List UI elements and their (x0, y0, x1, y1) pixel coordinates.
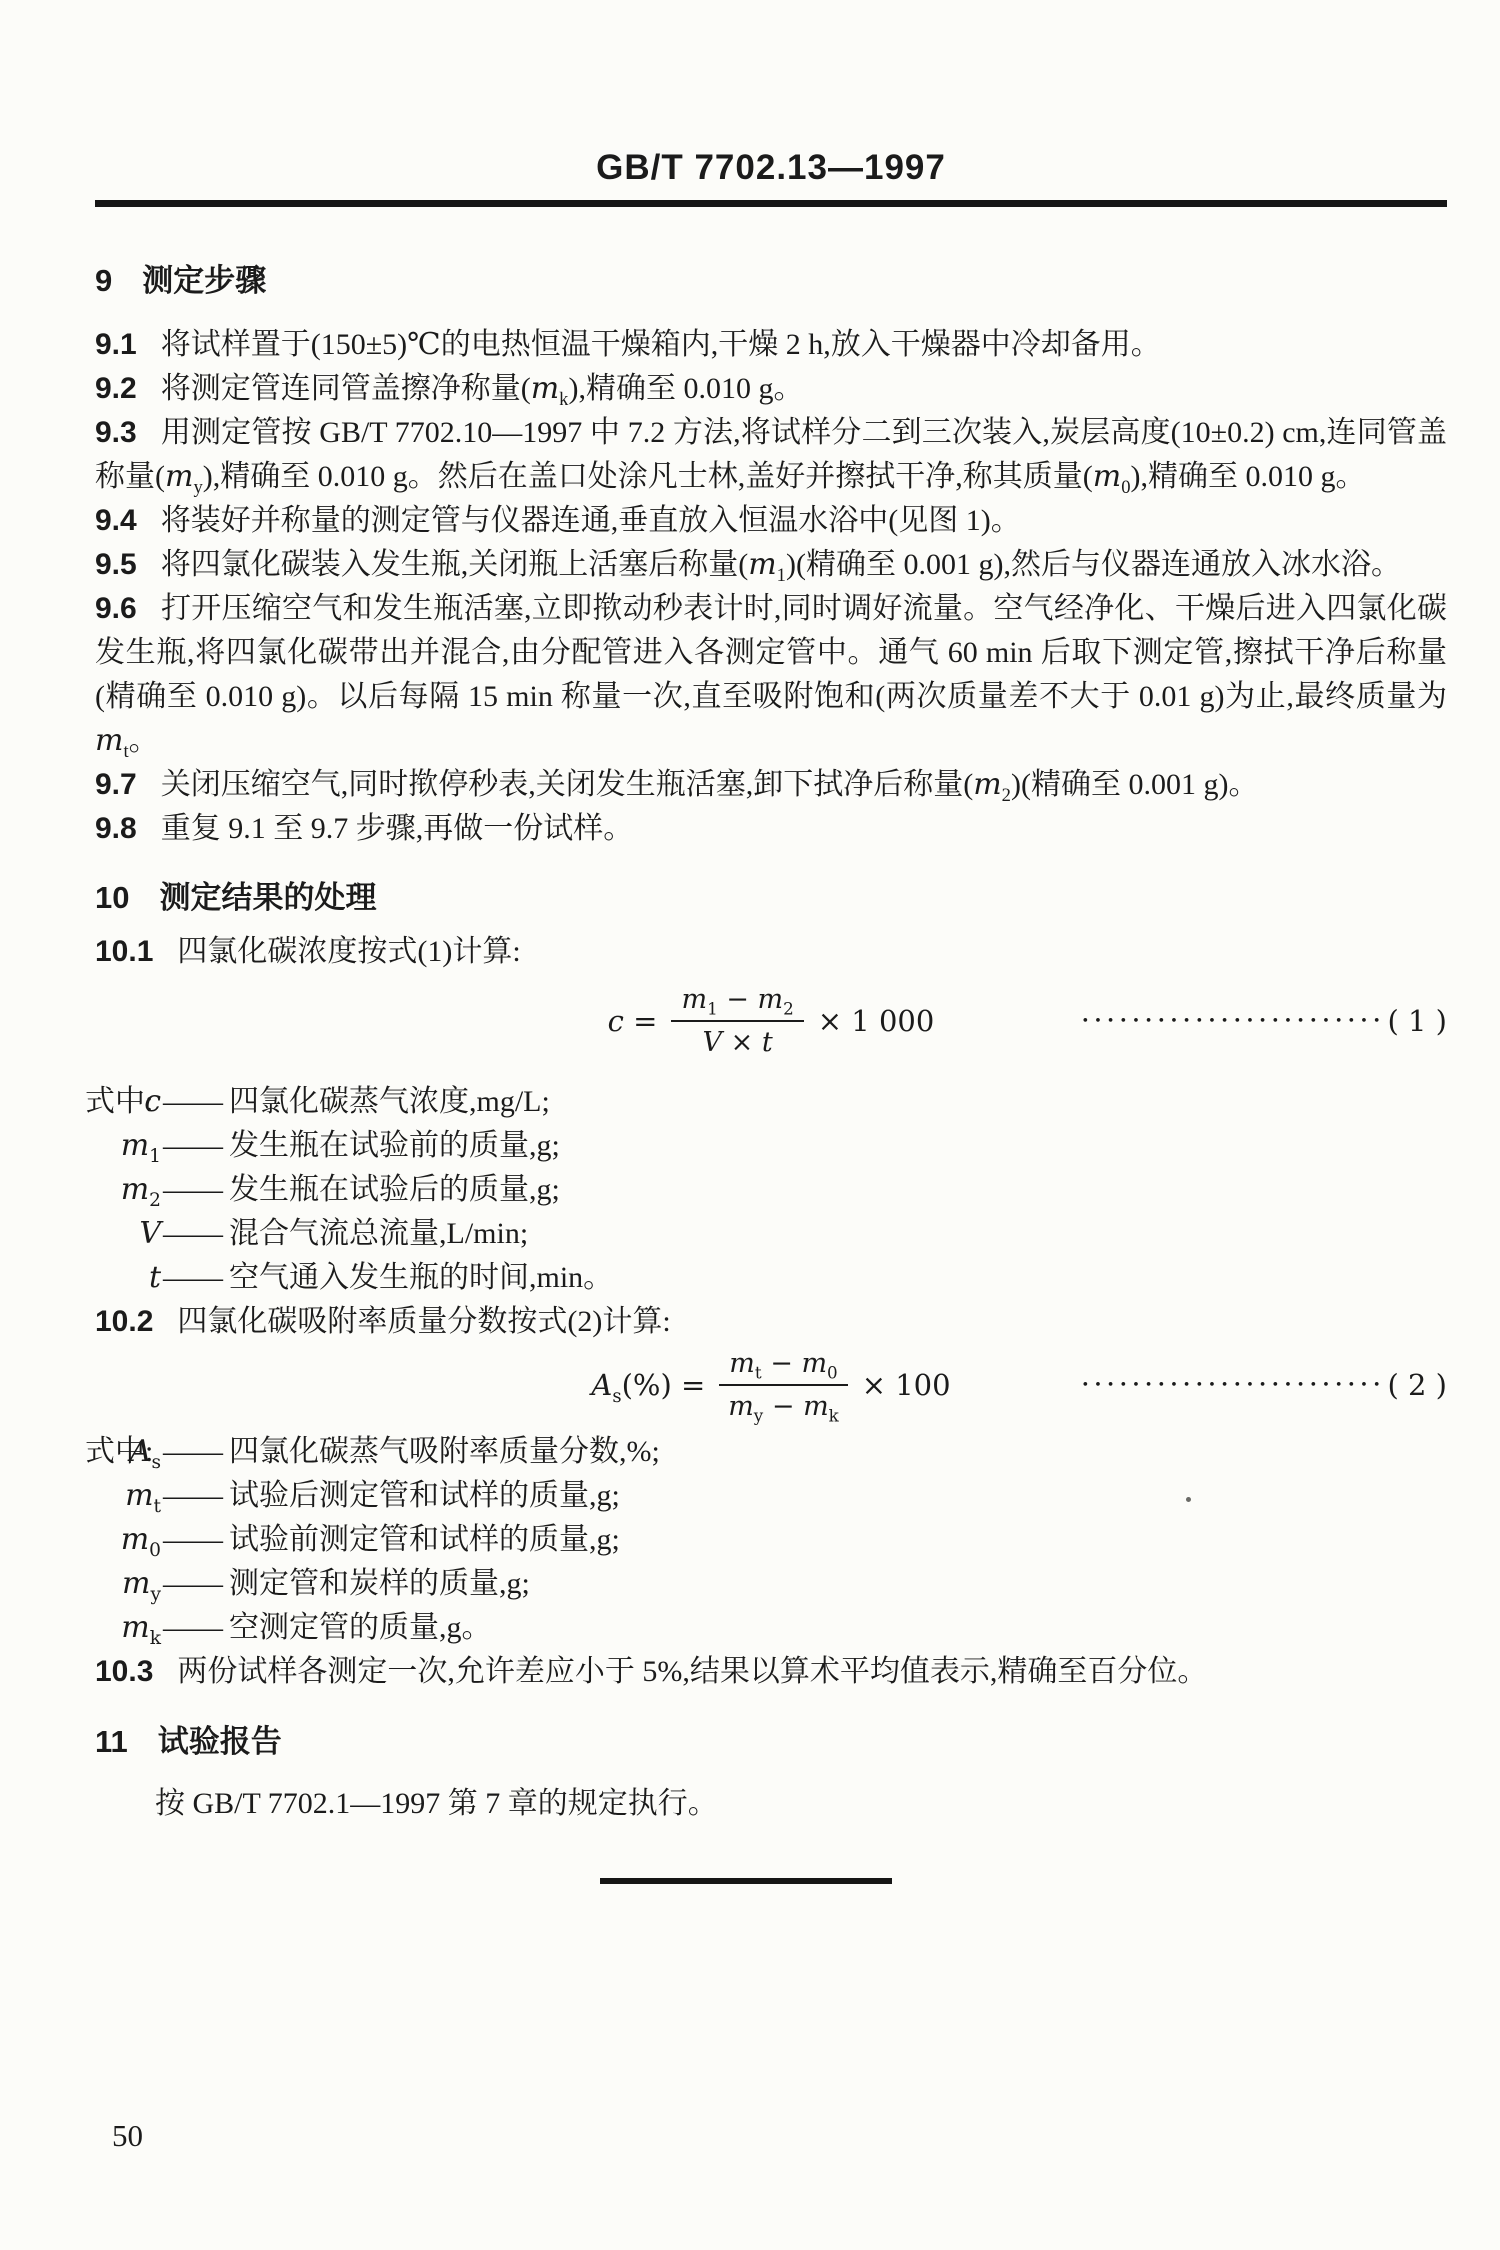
section-title: 测定步骤 (142, 263, 266, 298)
definition-dash: —— (163, 1606, 223, 1650)
clause-text: 用测定管按 GB/T 7702.10—1997 中 7.2 方法,将试样分二到三… (95, 416, 1447, 493)
symbol: mk (95, 1606, 161, 1650)
symbol: V (95, 1212, 161, 1256)
definition-row: m1 —— 发生瓶在试验前的质量,g; (95, 1124, 1447, 1168)
fraction: mt − m0 my − mk (719, 1348, 847, 1422)
where-list-1: 式中: c —— 四氯化碳蒸气浓度,mg/L; m1 —— 发生瓶在试验前的质量… (95, 1080, 1447, 1300)
definition-text: 发生瓶在试验前的质量,g; (229, 1124, 560, 1168)
clause-text: 关闭压缩空气,同时揿停秒表,关闭发生瓶活塞,卸下拭净后称量(m2)(精确至 0.… (161, 768, 1259, 801)
definition-dash: —— (163, 1212, 223, 1256)
section-11-body: 按 GB/T 7702.1—1997 第 7 章的规定执行。 (95, 1782, 1447, 1826)
definition-row: V —— 混合气流总流量,L/min; (95, 1212, 1447, 1256)
scan-speck (1186, 1497, 1191, 1502)
end-of-text-rule (600, 1878, 892, 1884)
section-title: 测定结果的处理 (159, 880, 376, 915)
fraction-numerator: mt − m0 (719, 1348, 847, 1386)
dot-leader: •••••••••••••••••••••••• (1081, 1014, 1385, 1029)
clause-number: 10.1 (95, 935, 153, 968)
definition-text: 发生瓶在试验后的质量,g; (229, 1168, 560, 1212)
clause-9-8: 9.8重复 9.1 至 9.7 步骤,再做一份试样。 (95, 807, 1447, 851)
symbol: m2 (95, 1168, 161, 1212)
equation-2: As(%) = mt − m0 my − mk × 100 ••••••••••… (95, 1348, 1447, 1422)
clause-text: 四氯化碳吸附率质量分数按式(2)计算: (177, 1305, 670, 1338)
equation-1: c = m1 − m2 V × t × 1 000 ••••••••••••••… (95, 984, 1447, 1058)
symbol: t (95, 1256, 161, 1300)
clause-9-7: 9.7关闭压缩空气,同时揿停秒表,关闭发生瓶活塞,卸下拭净后称量(m2)(精确至… (95, 763, 1447, 807)
section-number: 11 (95, 1724, 128, 1759)
symbol: mt (95, 1474, 161, 1518)
standard-code-header: GB/T 7702.13—1997 (95, 148, 1447, 188)
where-prefix: 式中: (85, 1080, 153, 1124)
clause-number: 9.5 (95, 548, 137, 581)
equation-multiplier: × 100 (862, 1368, 951, 1402)
equation-multiplier: × 1 000 (818, 1004, 935, 1038)
clause-number: 9.1 (95, 328, 137, 361)
clause-10-1: 10.1四氯化碳浓度按式(1)计算: (95, 930, 1447, 974)
definition-text: 空测定管的质量,g。 (229, 1606, 492, 1650)
definition-dash: —— (163, 1518, 223, 1562)
symbol: m0 (95, 1518, 161, 1562)
definition-text: 四氯化碳蒸气浓度,mg/L; (229, 1080, 550, 1124)
where-list-2: 式中: As —— 四氯化碳蒸气吸附率质量分数,%; mt —— 试验后测定管和… (95, 1430, 1447, 1650)
clause-9-3: 9.3用测定管按 GB/T 7702.10—1997 中 7.2 方法,将试样分… (95, 411, 1447, 499)
fraction-denominator: V × t (703, 1022, 773, 1058)
section-9-heading: 9测定步骤 (95, 259, 1447, 303)
clause-10-3: 10.3两份试样各测定一次,允许差应小于 5%,结果以算术平均值表示,精确至百分… (95, 1650, 1447, 1694)
clause-text: 打开压缩空气和发生瓶活塞,立即揿动秒表计时,同时调好流量。空气经净化、干燥后进入… (95, 592, 1447, 757)
definition-row: m0 —— 试验前测定管和试样的质量,g; (95, 1518, 1447, 1562)
fraction: m1 − m2 V × t (671, 984, 803, 1058)
definition-dash: —— (163, 1474, 223, 1518)
equation-reference: •••••••••••••••••••••••• ( 1 ) (1081, 1004, 1447, 1038)
clause-10-2: 10.2四氯化碳吸附率质量分数按式(2)计算: (95, 1300, 1447, 1344)
clause-number: 10.3 (95, 1655, 153, 1688)
clause-9-6: 9.6打开压缩空气和发生瓶活塞,立即揿动秒表计时,同时调好流量。空气经净化、干燥… (95, 587, 1447, 763)
definition-text: 混合气流总流量,L/min; (229, 1212, 528, 1256)
header-rule (95, 200, 1447, 207)
fraction-denominator: my − mk (728, 1386, 839, 1422)
clause-number: 9.7 (95, 768, 137, 801)
definition-dash: —— (163, 1430, 223, 1474)
clause-text: 两份试样各测定一次,允许差应小于 5%,结果以算术平均值表示,精确至百分位。 (177, 1655, 1207, 1688)
definition-row: mt —— 试验后测定管和试样的质量,g; (95, 1474, 1447, 1518)
clause-number: 9.2 (95, 372, 137, 405)
clause-number: 9.4 (95, 504, 137, 537)
equation-label: ( 1 ) (1387, 1004, 1447, 1038)
definition-row: mk —— 空测定管的质量,g。 (95, 1606, 1447, 1650)
definition-text: 空气通入发生瓶的时间,min。 (229, 1256, 613, 1300)
page-number: 50 (112, 2118, 143, 2154)
clause-9-2: 9.2将测定管连同管盖擦净称量(mk),精确至 0.010 g。 (95, 367, 1447, 411)
page-content: GB/T 7702.13—1997 9测定步骤 9.1将试样置于(150±5)℃… (95, 0, 1447, 1884)
clause-9-5: 9.5将四氯化碳装入发生瓶,关闭瓶上活塞后称量(m1)(精确至 0.001 g)… (95, 543, 1447, 587)
definition-row: my —— 测定管和炭样的质量,g; (95, 1562, 1447, 1606)
section-number: 10 (95, 880, 129, 915)
clause-9-1: 9.1将试样置于(150±5)℃的电热恒温干燥箱内,干燥 2 h,放入干燥器中冷… (95, 323, 1447, 367)
definition-dash: —— (163, 1124, 223, 1168)
symbol: m1 (95, 1124, 161, 1168)
clause-text: 重复 9.1 至 9.7 步骤,再做一份试样。 (161, 812, 634, 845)
clause-text: 将装好并称量的测定管与仪器连通,垂直放入恒温水浴中(见图 1)。 (161, 504, 1021, 537)
equation-label: ( 2 ) (1387, 1368, 1447, 1402)
definition-dash: —— (163, 1256, 223, 1300)
clause-number: 9.8 (95, 812, 137, 845)
equation-lhs: As(%) = (591, 1368, 705, 1402)
clause-9-4: 9.4将装好并称量的测定管与仪器连通,垂直放入恒温水浴中(见图 1)。 (95, 499, 1447, 543)
clause-number: 10.2 (95, 1305, 153, 1338)
definition-text: 试验前测定管和试样的质量,g; (229, 1518, 620, 1562)
fraction-numerator: m1 − m2 (671, 984, 803, 1022)
definition-dash: —— (163, 1168, 223, 1212)
section-number: 9 (95, 263, 112, 298)
definition-dash: —— (163, 1562, 223, 1606)
symbol: my (95, 1562, 161, 1606)
definition-dash: —— (163, 1080, 223, 1124)
section-title: 试验报告 (158, 1724, 282, 1759)
clause-text: 将测定管连同管盖擦净称量(mk),精确至 0.010 g。 (161, 372, 804, 405)
clause-text: 四氯化碳浓度按式(1)计算: (177, 935, 520, 968)
definition-text: 测定管和炭样的质量,g; (229, 1562, 530, 1606)
clause-number: 9.3 (95, 416, 137, 449)
clause-text: 将四氯化碳装入发生瓶,关闭瓶上活塞后称量(m1)(精确至 0.001 g),然后… (161, 548, 1401, 581)
section-10-heading: 10测定结果的处理 (95, 876, 1447, 920)
definition-text: 四氯化碳蒸气吸附率质量分数,%; (229, 1430, 660, 1474)
definition-row: 式中: c —— 四氯化碳蒸气浓度,mg/L; (95, 1080, 1447, 1124)
document-page: GB/T 7702.13—1997 9测定步骤 9.1将试样置于(150±5)℃… (0, 0, 1500, 2250)
equation-lhs: c = (608, 1004, 658, 1038)
clause-text: 将试样置于(150±5)℃的电热恒温干燥箱内,干燥 2 h,放入干燥器中冷却备用… (161, 328, 1161, 361)
definition-row: m2 —— 发生瓶在试验后的质量,g; (95, 1168, 1447, 1212)
definition-text: 试验后测定管和试样的质量,g; (229, 1474, 620, 1518)
where-prefix: 式中: (85, 1430, 153, 1474)
clause-number: 9.6 (95, 592, 137, 625)
dot-leader: •••••••••••••••••••••••• (1081, 1378, 1385, 1393)
definition-row: t —— 空气通入发生瓶的时间,min。 (95, 1256, 1447, 1300)
equation-reference: •••••••••••••••••••••••• ( 2 ) (1081, 1368, 1447, 1402)
definition-row: 式中: As —— 四氯化碳蒸气吸附率质量分数,%; (95, 1430, 1447, 1474)
section-11-heading: 11试验报告 (95, 1720, 1447, 1764)
